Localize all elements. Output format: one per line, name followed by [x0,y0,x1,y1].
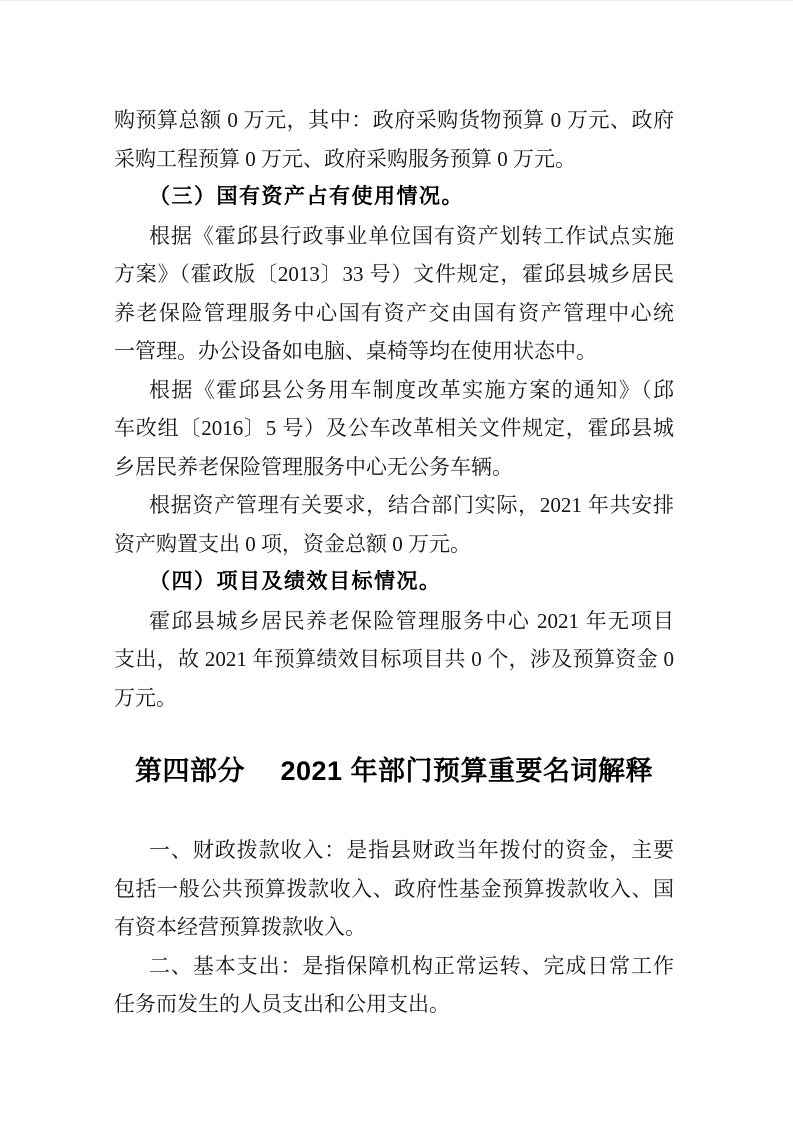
paragraph: 购预算总额 0 万元，其中：政府采购货物预算 0 万元、政府采购工程预算 0 万… [114,101,674,178]
text-line: 万元。 [114,679,674,718]
text-line: 购预算总额 0 万元，其中：政府采购货物预算 0 万元、政府 [114,101,674,140]
text-line: 一管理。办公设备如电脑、桌椅等均在使用状态中。 [114,332,674,371]
text-line: （三）国有资产占有使用情况。 [114,178,674,217]
text-line: 第四部分 2021 年部门预算重要名词解释 [114,750,674,792]
chapter-heading: 第四部分 2021 年部门预算重要名词解释 [114,750,674,792]
text-line: 支出，故 2021 年预算绩效目标项目共 0 个，涉及预算资金 0 [114,640,674,679]
text-line: 一、财政拨款收入：是指县财政当年拨付的资金，主要 [114,831,674,870]
text-line: （四）项目及绩效目标情况。 [114,563,674,602]
text-line: 根据《霍邱县公务用车制度改革实施方案的通知》（邱 [114,371,674,410]
text-line: 乡居民养老保险管理服务中心无公务车辆。 [114,448,674,487]
text-line: 方案》（霍政版〔2013〕33 号）文件规定，霍邱县城乡居民 [114,255,674,294]
paragraph: 根据《霍邱县公务用车制度改革实施方案的通知》（邱车改组〔2016〕5 号）及公车… [114,371,674,487]
text-line: 根据《霍邱县行政事业单位国有资产划转工作试点实施 [114,217,674,256]
page-top-edge-line [0,0,793,1]
text-line: 资产购置支出 0 项，资金总额 0 万元。 [114,525,674,564]
text-line: 根据资产管理有关要求，结合部门实际，2021 年共安排 [114,486,674,525]
subheading: （三）国有资产占有使用情况。 [114,178,674,217]
document-page: 购预算总额 0 万元，其中：政府采购货物预算 0 万元、政府采购工程预算 0 万… [0,0,793,1122]
paragraph: 根据资产管理有关要求，结合部门实际，2021 年共安排资产购置支出 0 项，资金… [114,486,674,563]
paragraph: 二、基本支出：是指保障机构正常运转、完成日常工作任务而发生的人员支出和公用支出。 [114,947,674,1024]
text-line: 霍邱县城乡居民养老保险管理服务中心 2021 年无项目 [114,602,674,641]
text-line: 车改组〔2016〕5 号）及公车改革相关文件规定，霍邱县城 [114,409,674,448]
paragraph: 一、财政拨款收入：是指县财政当年拨付的资金，主要包括一般公共预算拨款收入、政府性… [114,831,674,947]
text-line: 二、基本支出：是指保障机构正常运转、完成日常工作 [114,947,674,986]
text-line: 任务而发生的人员支出和公用支出。 [114,985,674,1024]
text-line: 有资本经营预算拨款收入。 [114,908,674,947]
paragraph: 霍邱县城乡居民养老保险管理服务中心 2021 年无项目支出，故 2021 年预算… [114,602,674,718]
document-content: 购预算总额 0 万元，其中：政府采购货物预算 0 万元、政府采购工程预算 0 万… [114,101,674,1024]
text-line: 包括一般公共预算拨款收入、政府性基金预算拨款收入、国 [114,870,674,909]
paragraph: 根据《霍邱县行政事业单位国有资产划转工作试点实施方案》（霍政版〔2013〕33 … [114,217,674,371]
subheading: （四）项目及绩效目标情况。 [114,563,674,602]
text-line: 养老保险管理服务中心国有资产交由国有资产管理中心统 [114,294,674,333]
text-line: 采购工程预算 0 万元、政府采购服务预算 0 万元。 [114,140,674,179]
